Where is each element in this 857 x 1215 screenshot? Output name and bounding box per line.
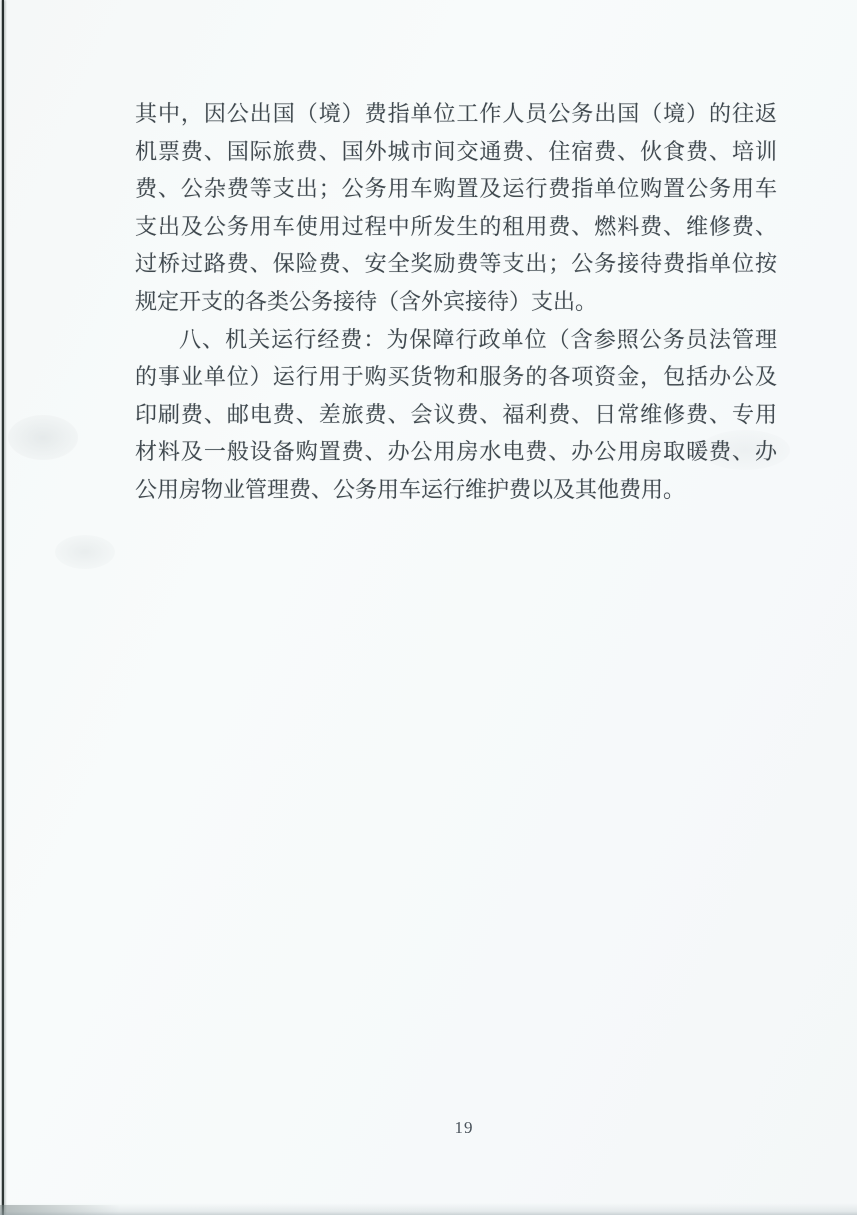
text-line: 规定开支的各类公务接待（含外宾接待）支出。 xyxy=(135,283,777,321)
scan-bottom-edge xyxy=(0,1203,857,1215)
text-line: 费、公杂费等支出；公务用车购置及运行费指单位购置公务用车 xyxy=(135,170,777,208)
scanned-document-page: 其中，因公出国（境）费指单位工作人员公务出国（境）的往返 机票费、国际旅费、国外… xyxy=(0,0,857,1215)
text-line: 的事业单位）运行用于购买货物和服务的各项资金，包括办公及 xyxy=(135,358,777,396)
text-line: 机票费、国际旅费、国外城市间交通费、住宿费、伙食费、培训 xyxy=(135,133,777,171)
text-line: 印刷费、邮电费、差旅费、会议费、福利费、日常维修费、专用 xyxy=(135,396,777,434)
text-line: 八、机关运行经费：为保障行政单位（含参照公务员法管理 xyxy=(135,321,777,359)
text-line: 公用房物业管理费、公务用车运行维护费以及其他费用。 xyxy=(135,471,777,509)
page-number: 19 xyxy=(428,1118,500,1138)
text-line: 其中，因公出国（境）费指单位工作人员公务出国（境）的往返 xyxy=(135,95,777,133)
document-text-block: 其中，因公出国（境）费指单位工作人员公务出国（境）的往返 机票费、国际旅费、国外… xyxy=(135,95,777,509)
text-line: 材料及一般设备购置费、办公用房水电费、办公用房取暖费、办 xyxy=(135,433,777,471)
scan-smudge xyxy=(8,415,78,460)
scan-smudge xyxy=(55,535,115,569)
text-line: 过桥过路费、保险费、安全奖励费等支出；公务接待费指单位按 xyxy=(135,245,777,283)
text-line: 支出及公务用车使用过程中所发生的租用费、燃料费、维修费、 xyxy=(135,208,777,246)
paragraph-agency-operating-funds: 八、机关运行经费：为保障行政单位（含参照公务员法管理 的事业单位）运行用于购买货… xyxy=(135,321,777,509)
paragraph-expense-definitions: 其中，因公出国（境）费指单位工作人员公务出国（境）的往返 机票费、国际旅费、国外… xyxy=(135,95,777,321)
scan-left-edge-line xyxy=(2,0,4,1215)
